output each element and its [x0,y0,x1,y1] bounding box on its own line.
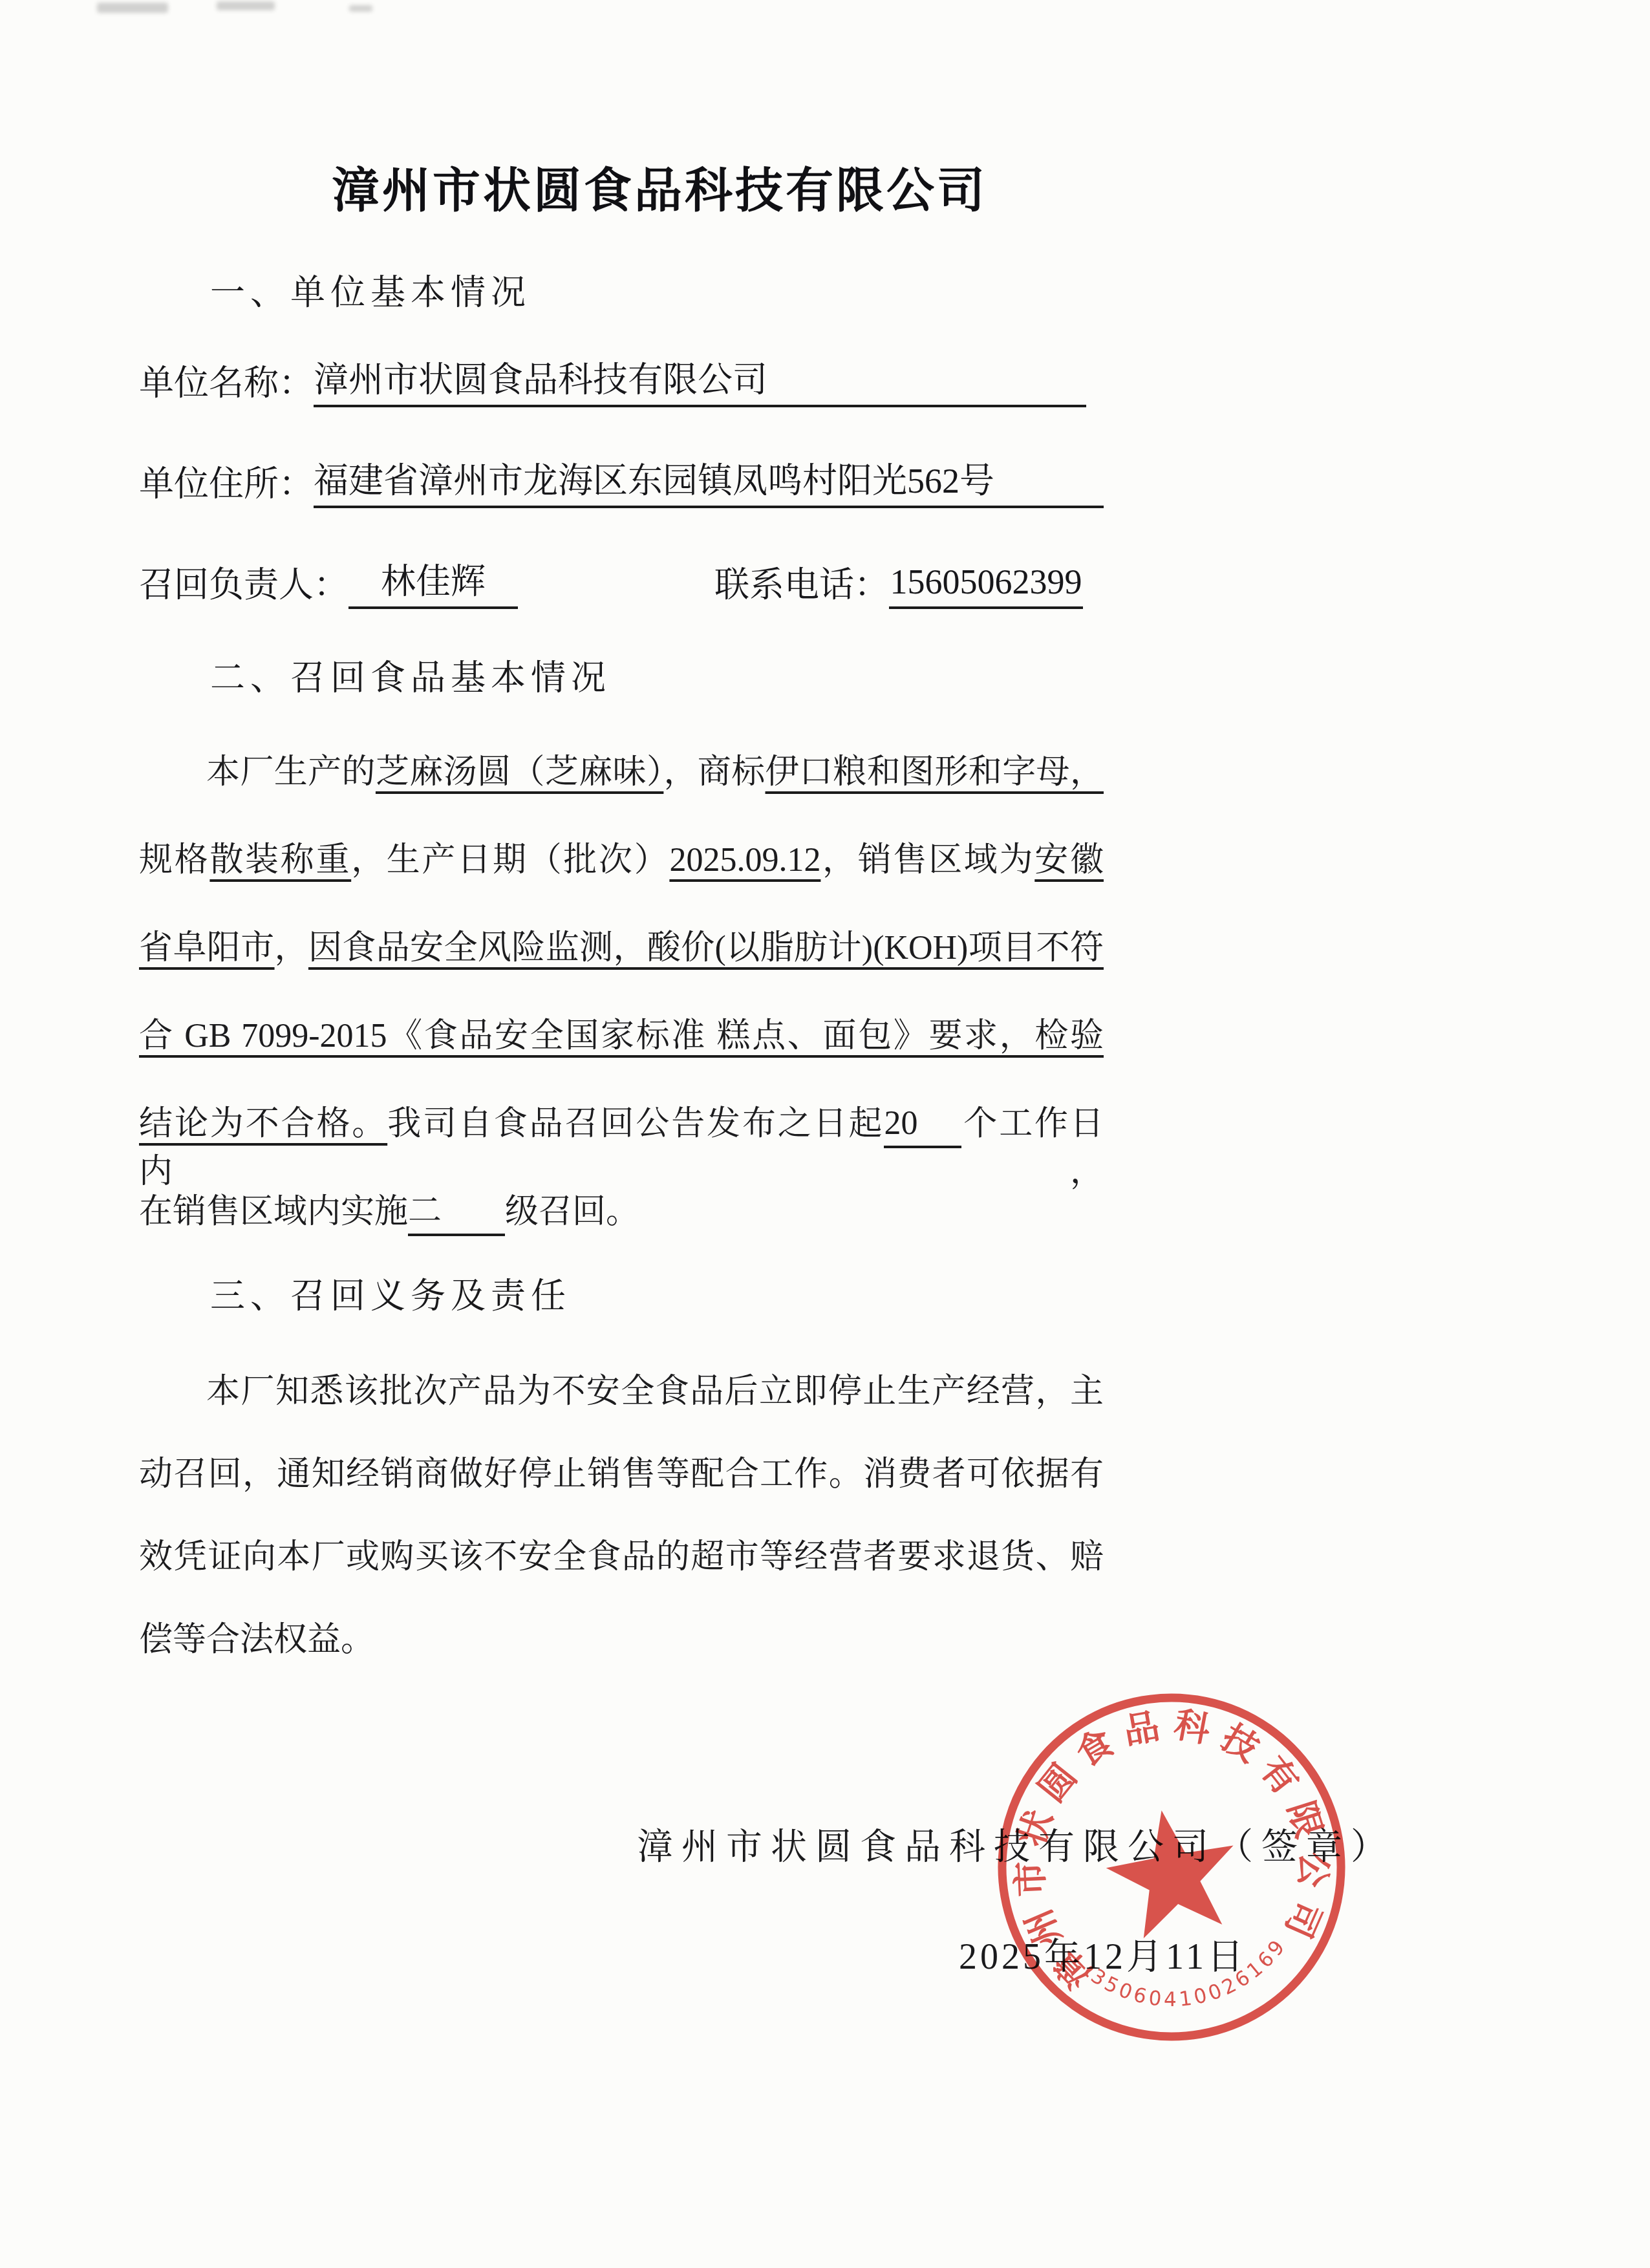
section-heading-1: 一、单位基本情况 [210,265,531,315]
text-run: 在销售区域内实施 [139,1193,408,1230]
company-seal: 漳州市状圆食品科技有限公司 35060410026169 [951,1647,1391,2087]
document-title: 漳州市状圆食品科技有限公司 [317,153,1002,221]
text-run: 规格 [139,842,209,879]
underlined-region-part1: 安徽 [1034,842,1104,879]
unit-address-value: 福建省漳州市龙海区东园镇凤鸣村阳光562号 [314,456,1104,508]
underlined-spec: 散装称重 [209,842,351,879]
unit-address-label: 单位住所： [139,465,314,504]
paragraph1-line1: 本厂生产的芝麻汤圆（芝麻味），商标伊口粮和图形和字母， [139,749,1104,797]
unit-name-value: 漳州市状圆食品科技有限公司 [314,356,1086,407]
paragraph2-line3: 效凭证向本厂或购买该不安全食品的超市等经营者要求退货、赔 [139,1534,1104,1581]
paragraph2-line2: 动召回，通知经销商做好停止销售等配合工作。消费者可依据有 [139,1451,1104,1499]
text-run: ，商标 [663,754,765,791]
text-run: ，销售区域为 [820,842,1034,879]
paragraph1-line4: 合 GB 7099-2015《食品安全国家标准 糕点、面包》要求，检验 [139,1012,1104,1060]
underlined-production-date: 2025.09.12 [669,842,820,879]
scan-artifact [349,5,372,12]
paragraph1-line2: 规格散装称重，生产日期（批次）2025.09.12，销售区域为安徽 [139,837,1104,884]
recall-person-label: 召回负责人： [139,566,348,604]
paragraph1-line5: 结论为不合格。我司自食品召回公告发布之日起20个工作日内， [139,1100,1104,1196]
svg-text:35060410026169: 35060410026169 [1084,1931,1299,2027]
section-heading-3: 三、召回义务及责任 [210,1268,571,1318]
unit-name-row: 单位名称：漳州市状圆食品科技有限公司 [139,356,1173,407]
text-run: 级召回。 [505,1193,639,1230]
unit-address-row: 单位住所：福建省漳州市龙海区东园镇凤鸣村阳光562号 [139,456,1173,508]
underlined-region-part2: 省阜阳市 [139,930,275,967]
text-run: ，生产日期（批次） [351,842,669,879]
text-run: 我司自食品召回公告发布之日起 [387,1106,884,1142]
seal-star-icon [1098,1799,1247,1943]
underlined-trademark: 伊口粮和图形和字母， [766,754,1104,791]
document-page: 漳州市状圆食品科技有限公司 一、单位基本情况 单位名称：漳州市状圆食品科技有限公… [0,0,1650,2268]
underlined-reason-part2: 合 GB 7099-2015《食品安全国家标准 糕点、面包》要求，检验 [139,1018,1104,1054]
paragraph1-line3: 省阜阳市，因食品安全风险监测，酸价(以脂肪计)(KOH)项目不符 [139,925,1104,972]
phone-value: 15605062399 [889,557,1083,609]
scan-artifact [97,3,168,13]
unit-name-label: 单位名称： [139,364,314,403]
phone-group: 联系电话：15605062399 [714,557,1083,609]
working-days-blank: 20 [884,1104,961,1148]
recall-level-blank: 二 [408,1192,505,1236]
scan-artifact [217,1,275,10]
recall-person-value: 林佳辉 [348,557,518,609]
paragraph2-line1: 本厂知悉该批次产品为不安全食品后立即停止生产经营，主 [139,1368,1104,1416]
underlined-conclusion: 结论为不合格。 [139,1106,387,1142]
phone-label: 联系电话： [714,566,889,604]
text-run: 本厂生产的 [206,754,376,791]
paragraph2-line4: 偿等合法权益。 [139,1616,1104,1664]
recall-contact-row: 召回负责人：林佳辉 联系电话：15605062399 [139,557,1173,609]
seal-code: 35060410026169 [1084,1931,1299,2027]
paragraph1-line6: 在销售区域内实施二级召回。 [139,1188,1104,1236]
section-heading-2: 二、召回食品基本情况 [210,650,611,700]
text-run: ， [275,930,308,967]
underlined-product-name: 芝麻汤圆（芝麻味） [376,754,663,791]
underlined-reason-part1: 因食品安全风险监测，酸价(以脂肪计)(KOH)项目不符 [308,930,1104,967]
